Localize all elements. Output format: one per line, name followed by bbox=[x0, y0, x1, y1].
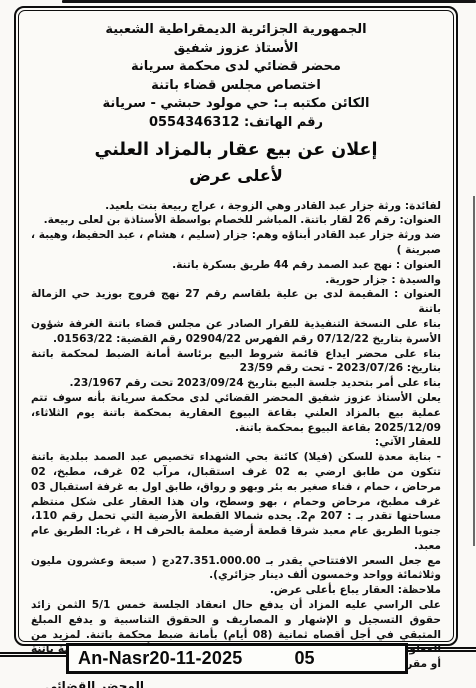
bottom-rule-right bbox=[404, 647, 476, 652]
paragraph-beneficiary: لفائدة: ورثة جزار عبد القادر وهي الزوجة … bbox=[31, 199, 441, 214]
notice-frame-inner: الجمهورية الجزائرية الديمقراطية الشعبية … bbox=[18, 10, 454, 642]
paragraph-defendants-address: العنوان : نهج عبد الصمد رقم 44 طريق بسكر… bbox=[31, 258, 441, 273]
paragraph-madame: والسيدة : جزار حورية. bbox=[31, 273, 441, 288]
header-republic: الجمهورية الجزائرية الديمقراطية الشعبية bbox=[29, 21, 443, 40]
notice-title-block: إعلان عن بيع عقار بالمزاد العلني لأعلى ع… bbox=[29, 138, 443, 187]
paragraph-executive-copy: بناء على النسخة التنفيذية للقرار الصادر … bbox=[31, 317, 441, 347]
paragraph-session-order: بناء على أمر بتحديد جلسة البيع بتاريخ 20… bbox=[31, 376, 441, 391]
newspaper-page-number: 05 bbox=[295, 648, 315, 669]
header-bailiff-role: محضر قضائي لدى محكمة سريانة bbox=[29, 58, 443, 77]
header-bailiff-name: الأستاذ عزوز شفيق bbox=[29, 40, 443, 59]
notice-header: الجمهورية الجزائرية الديمقراطية الشعبية … bbox=[29, 21, 443, 133]
header-phone-number: رقم الهاتف: 0554346312 bbox=[29, 114, 443, 133]
bottom-rule-left bbox=[0, 652, 72, 657]
paragraph-madame-address: العنوان : المقيمة لدى بن علية بلقاسم رقم… bbox=[31, 287, 441, 317]
paragraph-announcement: يعلن الأستاذ عزوز شفيق المحضر القضائي لد… bbox=[31, 391, 441, 435]
paragraph-deposit-record: بناء على محضر ايداع قائمة شروط البيع برئ… bbox=[31, 347, 441, 377]
paragraph-opening-price: مع جعل السعر الافتتاحي يقدر بـ 27.351.00… bbox=[31, 554, 441, 584]
paragraph-beneficiary-address: العنوان: رقم 26 لقار باتنة. المباشر للخص… bbox=[31, 213, 441, 228]
paragraph-note: ملاحظة: العقار يباع بأعلى عرض. bbox=[31, 583, 441, 598]
newspaper-credit-box: An-Nasr20-11-2025 05 bbox=[66, 643, 408, 674]
paragraph-property-intro: للعقار الآتي: bbox=[31, 435, 441, 450]
notice-body: لفائدة: ورثة جزار عبد القادر وهي الزوجة … bbox=[29, 199, 443, 673]
notice-frame: الجمهورية الجزائرية الديمقراطية الشعبية … bbox=[14, 6, 458, 646]
bailiff-signature: المحضر القضائي bbox=[45, 679, 443, 688]
paragraph-property-description: - بناية معدة للسكن (فيلا) كائنة بحي الشه… bbox=[31, 450, 441, 554]
top-scan-rule bbox=[62, 0, 476, 3]
header-jurisdiction: اختصاص مجلس قضاء باتنة bbox=[29, 77, 443, 96]
right-column-rule bbox=[473, 196, 475, 546]
header-office-address: الكائن مكتبه بـ: حي مولود حبشي - سريانة bbox=[29, 95, 443, 114]
paragraph-defendants: ضد ورثة جزار عبد القادر أبناؤه وهم: جزار… bbox=[31, 228, 441, 258]
newspaper-clipping: { "header": { "lines": [ "الجمهورية الجز… bbox=[0, 0, 476, 688]
notice-title: إعلان عن بيع عقار بالمزاد العلني bbox=[29, 138, 443, 162]
newspaper-source-date: An-Nasr20-11-2025 bbox=[78, 648, 243, 669]
notice-subtitle: لأعلى عرض bbox=[29, 165, 443, 187]
